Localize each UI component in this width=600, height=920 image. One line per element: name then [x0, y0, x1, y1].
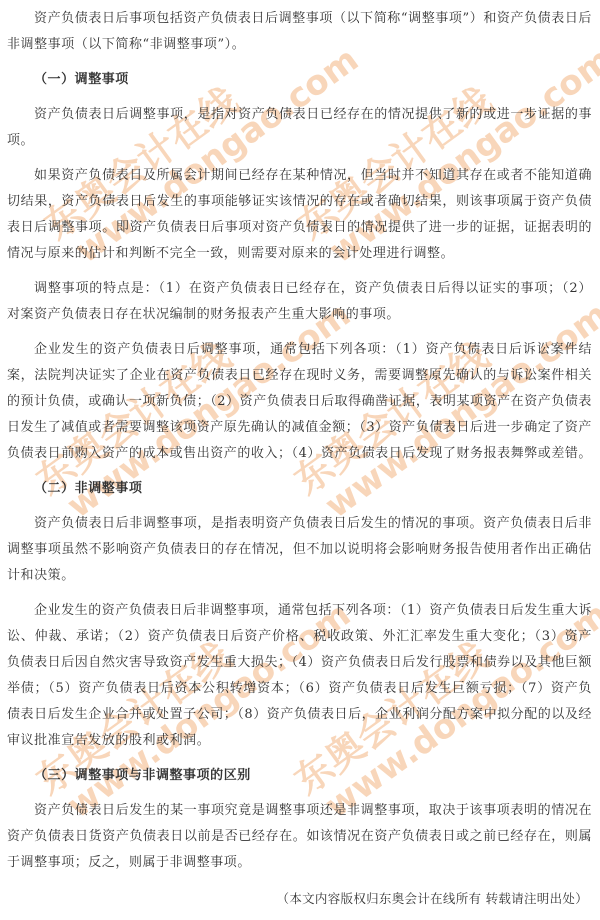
paragraph: 资产负债表日后非调整事项，是指表明资产负债表日后发生的情况的事项。资产负债表日后…: [7, 511, 592, 589]
paragraph: 如果资产负债表日及所属会计期间已经存在某种情况，但当时并不知道其存在或者不能知道…: [7, 163, 592, 267]
section-heading-adjusting-events: （一）调整事项: [7, 67, 592, 93]
section-heading-differences: （三）调整事项与非调整事项的区别: [7, 763, 592, 789]
intro-paragraph: 资产负债表日后事项包括资产负债表日后调整事项（以下简称“调整事项”）和资产负债表…: [7, 6, 592, 58]
paragraph: 资产负债表日后发生的某一事项究竟是调整事项还是非调整事项，取决于该事项表明的情况…: [7, 798, 592, 876]
section-heading-non-adjusting-events: （二）非调整事项: [7, 476, 592, 502]
article-body: 资产负债表日后事项包括资产负债表日后调整事项（以下简称“调整事项”）和资产负债表…: [0, 0, 600, 912]
paragraph: 资产负债表日后调整事项，是指对资产负债表日已经存在的情况提供了新的或进一步证据的…: [7, 102, 592, 154]
copyright-notice: （本文内容版权归东奥会计在线所有 转载请注明出处）: [7, 886, 592, 912]
paragraph: 企业发生的资产负债表日后调整事项，通常包括下列各项：（1）资产负债表日后诉讼案件…: [7, 337, 592, 467]
paragraph: 企业发生的资产负债表日后非调整事项，通常包括下列各项：（1）资产负债表日后发生重…: [7, 598, 592, 754]
paragraph: 调整事项的特点是：（1）在资产负债表日已经存在，资产负债表日后得以证实的事项；（…: [7, 276, 592, 328]
